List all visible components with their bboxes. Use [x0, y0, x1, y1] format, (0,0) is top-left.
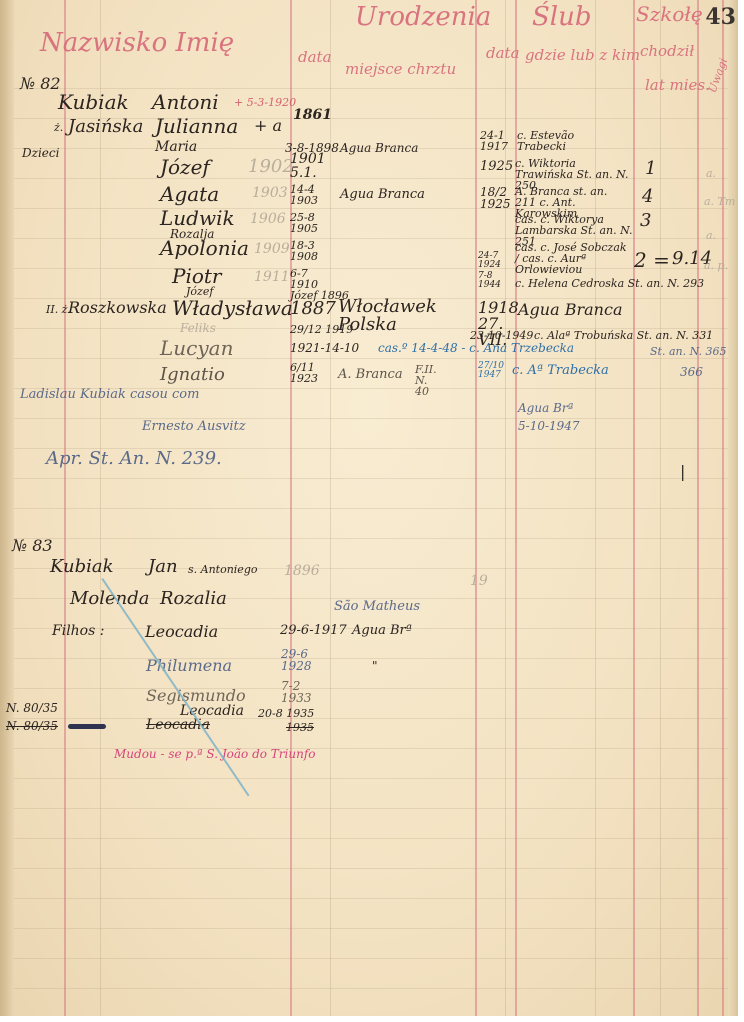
- child-birth-date: 29/12 1919: [290, 324, 353, 335]
- entry-82-wife-prefix: ż.: [54, 122, 63, 133]
- child-name: Józef: [160, 157, 210, 177]
- child-name: Ignatio: [160, 366, 225, 384]
- child-birth-place: Agua Branca: [340, 188, 425, 201]
- blue-note-right: Agua Brª: [518, 402, 573, 414]
- child-name: Leocadia: [145, 624, 218, 640]
- child-school: 1: [645, 160, 656, 178]
- child-birth-date: 25-8 1905: [290, 212, 316, 234]
- child-marriage-date: 24-7 1924: [478, 252, 506, 270]
- second-wife-year: 1887: [290, 300, 336, 318]
- child-notes: a. Tm: [704, 196, 735, 207]
- header-marriage: Ślub: [532, 4, 592, 30]
- child-marriage-date: 7-8 1944: [478, 272, 506, 290]
- child-birth-date: 6-7 1910: [290, 268, 316, 290]
- entry-82-wife-name: Julianna: [155, 116, 238, 136]
- child-birth-date: 29-6 1928: [281, 648, 309, 672]
- child-marriage-with: c. Estevão Trabecki: [517, 130, 587, 152]
- entry-82-head-note: + 5-3-1920: [234, 97, 296, 108]
- entry-82-head-surname: Kubiak: [58, 92, 129, 112]
- child-marriage-date: 24-1 1917: [480, 130, 508, 152]
- entry-83-wife-name: Rozalia: [160, 590, 227, 608]
- entry-83-head-surname: Kubiak: [50, 558, 114, 576]
- page-edge: [728, 0, 738, 1016]
- header-birth-place: miejsce chrztu: [345, 62, 456, 77]
- entry-83-number: № 83: [12, 538, 53, 554]
- blue-note-line: Ladislau Kubiak casou com: [20, 388, 199, 401]
- child-marriage-with: cas. c. José Sobczak / cas. c. Aurª Orlo…: [515, 242, 633, 275]
- child-notes: a.: [706, 230, 716, 241]
- child-name: Agata: [160, 184, 219, 204]
- child-date-struck: 1935: [286, 722, 314, 733]
- header-surname-name: Nazwisko Imię: [40, 30, 234, 56]
- child-mark: F.II. N. 40: [415, 364, 439, 397]
- second-wife-name: Władysława: [172, 298, 293, 318]
- header-marriage-date: data: [486, 46, 520, 61]
- child-name: Segismundo: [146, 688, 246, 704]
- second-wife-marriage-place: Agua Branca: [518, 302, 622, 318]
- child-marriage-date: 18/2 1925: [480, 186, 506, 210]
- margin-ref-struck: N. 80/35: [6, 720, 58, 732]
- child-birth-date: 1901 5.1.: [290, 152, 316, 180]
- child-registry: 366: [680, 366, 703, 378]
- ink-blot: [68, 724, 106, 729]
- entry-83-faint-year: 1896: [284, 564, 320, 578]
- entry-82-wife-surname: Jasińska: [68, 118, 143, 136]
- header-school-attended: chodził: [640, 44, 694, 59]
- child-name: Apolonia: [160, 238, 249, 258]
- child-birth-place: Agua Brª: [352, 624, 412, 637]
- entry-83-children-label: Filhos :: [52, 624, 104, 638]
- blue-note-line: Ernesto Ausvitz: [142, 420, 246, 433]
- entry-83-margin-number: 19: [470, 574, 488, 588]
- child-faint-year: 1903: [252, 186, 288, 200]
- child-marriage-date: 27/10 1947: [478, 362, 506, 380]
- blue-note-right: 5-10-1947: [518, 420, 580, 432]
- child-marriage-note-blue: cas.º 14-4-48 - c. Ana Trzebecka: [378, 342, 574, 354]
- entry-82-children-label: Dzieci: [22, 147, 59, 159]
- child-marriage-with: c. Helena Cedroska St. an. N. 293: [515, 278, 704, 289]
- child-birth-date: 18-3 1908: [290, 240, 316, 262]
- register-page: 43 Nazwisko Imię data Urodzenia miejsce …: [0, 0, 738, 1016]
- entry-82-number: № 82: [20, 76, 61, 92]
- child-faint-year: 1906: [250, 212, 286, 226]
- child-school: 3: [640, 212, 651, 230]
- stray-mark: |: [680, 464, 685, 480]
- child-name: Maria: [155, 140, 197, 154]
- child-birth-place: A. Branca: [338, 368, 403, 381]
- blue-note-line: Apr. St. An. N. 239.: [46, 450, 222, 468]
- header-birth: Urodzenia: [355, 4, 491, 30]
- child-name: Feliks: [180, 322, 216, 334]
- entry-83-head-name: Jan: [148, 558, 178, 576]
- child-notes: a. p.: [704, 260, 728, 271]
- child-school: 2 =: [634, 250, 670, 270]
- child-birth-place: Agua Branca: [340, 142, 418, 154]
- entry-83-head-note: s. Antoniego: [188, 564, 258, 575]
- child-marriage-with: c. Aª Trabecka: [512, 364, 609, 377]
- child-birth-date: 1921-14-10: [290, 342, 359, 354]
- child-birth-date: 7-2 1933: [281, 680, 309, 704]
- child-registry: St. an. N. 365: [650, 346, 727, 357]
- margin-ref: N. 80/35: [6, 702, 58, 714]
- header-school: Szkołę: [636, 4, 703, 24]
- child-faint-year: 1902: [248, 158, 294, 176]
- entry-82-wife-note: + a: [254, 118, 282, 134]
- entry-82-head-year: 1861: [293, 108, 332, 122]
- header-birth-date: data: [298, 50, 332, 65]
- child-name: Piotr: [172, 266, 222, 286]
- child-faint-year: 1911: [254, 270, 290, 284]
- header-marriage-where: gdzie lub z kim: [525, 48, 640, 63]
- child-marriage-with: c. Alaª Trobuńska St. an. N. 331: [534, 330, 713, 341]
- child-school: 4: [642, 188, 653, 206]
- child-birth-date: 20-8 1935: [258, 708, 314, 719]
- page-number: 43: [705, 4, 736, 30]
- child-birth-place: ": [372, 660, 378, 672]
- entry-83-red-note: Mudou - se p.ª S. João do Triunfo: [114, 748, 316, 760]
- child-marriage-date: 1925: [480, 160, 513, 173]
- second-wife-surname: Roszkowska: [68, 300, 167, 316]
- child-birth-date: 29-6-1917: [280, 624, 347, 637]
- child-name: Ludwik: [160, 208, 235, 228]
- child-notes: a.: [706, 168, 716, 179]
- header-school-years: lat mies.: [645, 78, 710, 93]
- book-spine: [0, 0, 14, 1016]
- entry-82-head-name: Antoni: [152, 92, 219, 112]
- child-marriage-date: 23-10-1949: [470, 330, 533, 341]
- child-birth-date: 6/11 1923: [290, 362, 316, 384]
- entry-83-place-note: São Matheus: [334, 600, 420, 613]
- child-name: Lucyan: [160, 338, 233, 358]
- child-birth-date: 14-4 1903: [290, 184, 316, 206]
- child-faint-year: 1909: [254, 242, 290, 256]
